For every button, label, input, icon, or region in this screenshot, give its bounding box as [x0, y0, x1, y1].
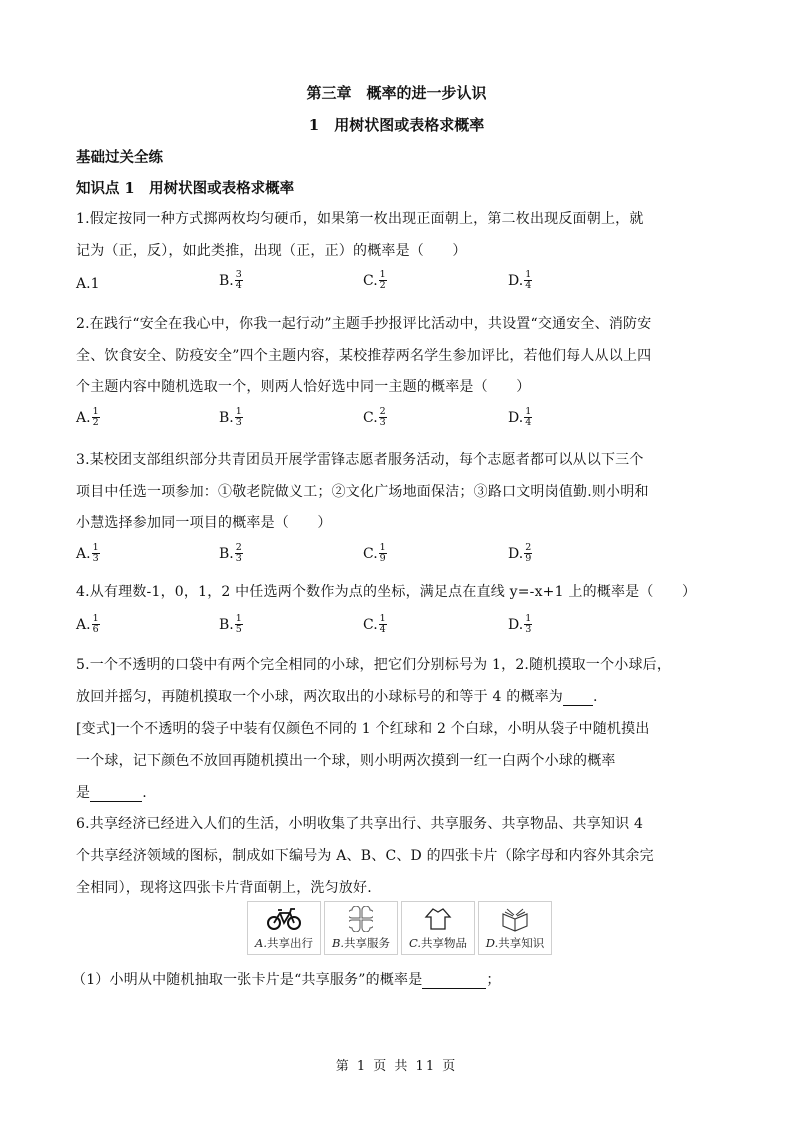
q2-option-d: D. 14: [508, 407, 532, 428]
q5-line-2-text: 放回并摇匀，再随机摸取一个小球，两次取出的小球标号的和等于 4 的概率为: [76, 689, 563, 705]
fraction: 14: [524, 270, 532, 291]
clover-icon: [349, 904, 373, 934]
fraction: 16: [92, 614, 100, 635]
q4-option-b: B. 15: [219, 614, 243, 635]
card-label: C.共享物品: [409, 935, 467, 951]
q1-line-1: 1.假定按同一种方式掷两枚均匀硬币，如果第一枚出现正面朝上，第二枚出现反面朝上，…: [76, 208, 644, 228]
denominator: 4: [525, 281, 531, 291]
q2-option-c: C. 23: [363, 407, 387, 428]
open-book-icon: [500, 904, 530, 934]
q5-line-2: 放回并摇匀，再随机摸取一个小球，两次取出的小球标号的和等于 4 的概率为.: [76, 686, 598, 706]
fraction: 13: [235, 407, 243, 428]
card-label: D.共享知识: [486, 935, 544, 951]
card-b: B.共享服务: [324, 901, 398, 955]
q3-option-c: C. 19: [363, 543, 387, 564]
fraction: 23: [235, 543, 243, 564]
q4-option-c: C. 14: [363, 614, 387, 635]
fraction: 19: [379, 543, 387, 564]
q3-option-d: D. 29: [508, 543, 532, 564]
option-label: D.: [508, 410, 523, 426]
q4-option-d: D. 13: [508, 614, 532, 635]
option-label: B.: [219, 273, 234, 289]
answer-blank[interactable]: [563, 691, 593, 706]
fraction: 12: [92, 407, 100, 428]
period: .: [142, 785, 147, 801]
denominator: 5: [236, 625, 242, 635]
q3-option-a: A. 13: [76, 543, 100, 564]
q6-line-3: 全相同），现将这四张卡片背面朝上，洗匀放好.: [76, 877, 372, 897]
q4-option-a: A. 16: [76, 614, 100, 635]
q2-line-3: 个主题内容中随机选取一个，则两人恰好选中同一主题的概率是（ ）: [76, 376, 530, 396]
q2-option-b: B. 13: [219, 407, 243, 428]
card-letter: C.: [409, 936, 421, 950]
card-images: A.共享出行 B.共享服务 C.共享物品 D.共享知识: [247, 901, 555, 955]
answer-blank[interactable]: [90, 787, 142, 802]
q3-line-2: 项目中任选一项参加：①敬老院做义工；②文化广场地面保洁；③路口文明岗值勤.则小明…: [76, 481, 649, 501]
denominator: 4: [236, 281, 242, 291]
card-letter: D.: [486, 936, 498, 950]
card-text: 共享出行: [267, 936, 313, 950]
card-letter: A.: [255, 936, 267, 950]
q6-sub1-text: （1）小明从中随机抽取一张卡片是“共享服务”的概率是: [72, 972, 422, 988]
q4-line-1: 4.从有理数-1，0，1，2 中任选两个数作为点的坐标，满足点在直线 y=-x+…: [76, 581, 696, 601]
fraction: 14: [379, 614, 387, 635]
q6-line-1: 6.共享经济已经进入人们的生活，小明收集了共享出行、共享服务、共享物品、共享知识…: [76, 813, 643, 833]
card-d: D.共享知识: [478, 901, 552, 955]
card-label: A.共享出行: [255, 935, 313, 951]
q1-option-c: C. 12: [363, 270, 387, 291]
fraction: 13: [92, 543, 100, 564]
card-a: A.共享出行: [247, 901, 321, 955]
option-label: A.: [76, 546, 91, 562]
card-label: B.共享服务: [332, 935, 390, 951]
period: .: [593, 689, 598, 705]
option-label: B.: [219, 410, 234, 426]
denominator: 3: [236, 554, 242, 564]
denominator: 2: [380, 281, 386, 291]
knowledge-point-title: 知识点 1 用树状图或表格求概率: [76, 177, 294, 198]
denominator: 9: [380, 554, 386, 564]
option-label: C.: [363, 273, 378, 289]
card-text: 共享知识: [498, 936, 544, 950]
q3-line-1: 3.某校团支部组织部分共青团员开展学雷锋志愿者服务活动，每个志愿者都可以从以下三…: [76, 449, 644, 469]
q5-line-1: 5.一个不透明的口袋中有两个完全相同的小球，把它们分别标号为 1，2.随机摸取一…: [76, 654, 671, 674]
answer-blank[interactable]: [422, 974, 486, 989]
option-value: 1: [91, 276, 100, 292]
option-label: A.: [76, 276, 91, 292]
fraction: 13: [524, 614, 532, 635]
q2-line-1: 2.在践行“安全在我心中，你我一起行动”主题手抄报评比活动中，共设置“交通安全、…: [76, 313, 651, 333]
fraction: 34: [235, 270, 243, 291]
denominator: 3: [525, 625, 531, 635]
option-label: A.: [76, 617, 91, 633]
option-label: A.: [76, 410, 91, 426]
q2-option-a: A. 12: [76, 407, 100, 428]
fraction: 15: [235, 614, 243, 635]
option-label: B.: [219, 546, 234, 562]
option-label: D.: [508, 273, 523, 289]
q6-line-2: 个共享经济领域的图标，制成如下编号为 A、B、C、D 的四张卡片（除字母和内容外…: [76, 845, 654, 865]
q6-sub-question-1: （1）小明从中随机抽取一张卡片是“共享服务”的概率是；: [72, 969, 501, 989]
card-text: 共享物品: [421, 936, 467, 950]
q1-option-a: A.1: [76, 276, 99, 292]
option-label: C.: [363, 546, 378, 562]
q5-variant-line-3: 是.: [76, 782, 147, 802]
q5-variant-line-1: [变式]一个不透明的袋子中装有仅颜色不同的 1 个红球和 2 个白球，小明从袋子…: [76, 718, 650, 738]
chapter-title: 第三章 概率的进一步认识: [0, 82, 793, 103]
denominator: 9: [525, 554, 531, 564]
option-label: C.: [363, 617, 378, 633]
q1-option-d: D. 14: [508, 270, 532, 291]
option-label: D.: [508, 546, 523, 562]
option-label: B.: [219, 617, 234, 633]
page-footer: 第 1 页 共 11 页: [0, 1055, 793, 1074]
denominator: 2: [93, 418, 99, 428]
q1-option-b: B. 34: [219, 270, 243, 291]
part-title: 基础过关全练: [76, 146, 163, 167]
card-text: 共享服务: [344, 936, 390, 950]
option-label: C.: [363, 410, 378, 426]
card-letter: B.: [332, 936, 344, 950]
q1-line-2: 记为（正，反），如此类推，出现（正，正）的概率是（ ）: [76, 240, 467, 260]
denominator: 4: [380, 625, 386, 635]
q3-line-3: 小慧选择参加同一项目的概率是（ ）: [76, 512, 332, 532]
denominator: 3: [380, 418, 386, 428]
denominator: 4: [525, 418, 531, 428]
option-label: D.: [508, 617, 523, 633]
q5-variant-line-2: 一个球，记下颜色不放回再随机摸出一个球，则小明两次摸到一红一白两个小球的概率: [76, 750, 616, 770]
shirt-icon: [424, 904, 452, 934]
section-title: 1 用树状图或表格求概率: [0, 114, 793, 135]
fraction: 29: [524, 543, 532, 564]
denominator: 6: [93, 625, 99, 635]
bicycle-icon: [266, 904, 302, 934]
denominator: 3: [93, 554, 99, 564]
fraction: 12: [379, 270, 387, 291]
q2-line-2: 全、饮食安全、防疫安全”四个主题内容，某校推荐两名学生参加评比，若他们每人从以上…: [76, 345, 651, 365]
semicolon: ；: [486, 972, 500, 988]
fraction: 14: [524, 407, 532, 428]
denominator: 3: [236, 418, 242, 428]
card-c: C.共享物品: [401, 901, 475, 955]
fraction: 23: [379, 407, 387, 428]
q3-option-b: B. 23: [219, 543, 243, 564]
q5-variant-line-3-text: 是: [76, 785, 90, 801]
